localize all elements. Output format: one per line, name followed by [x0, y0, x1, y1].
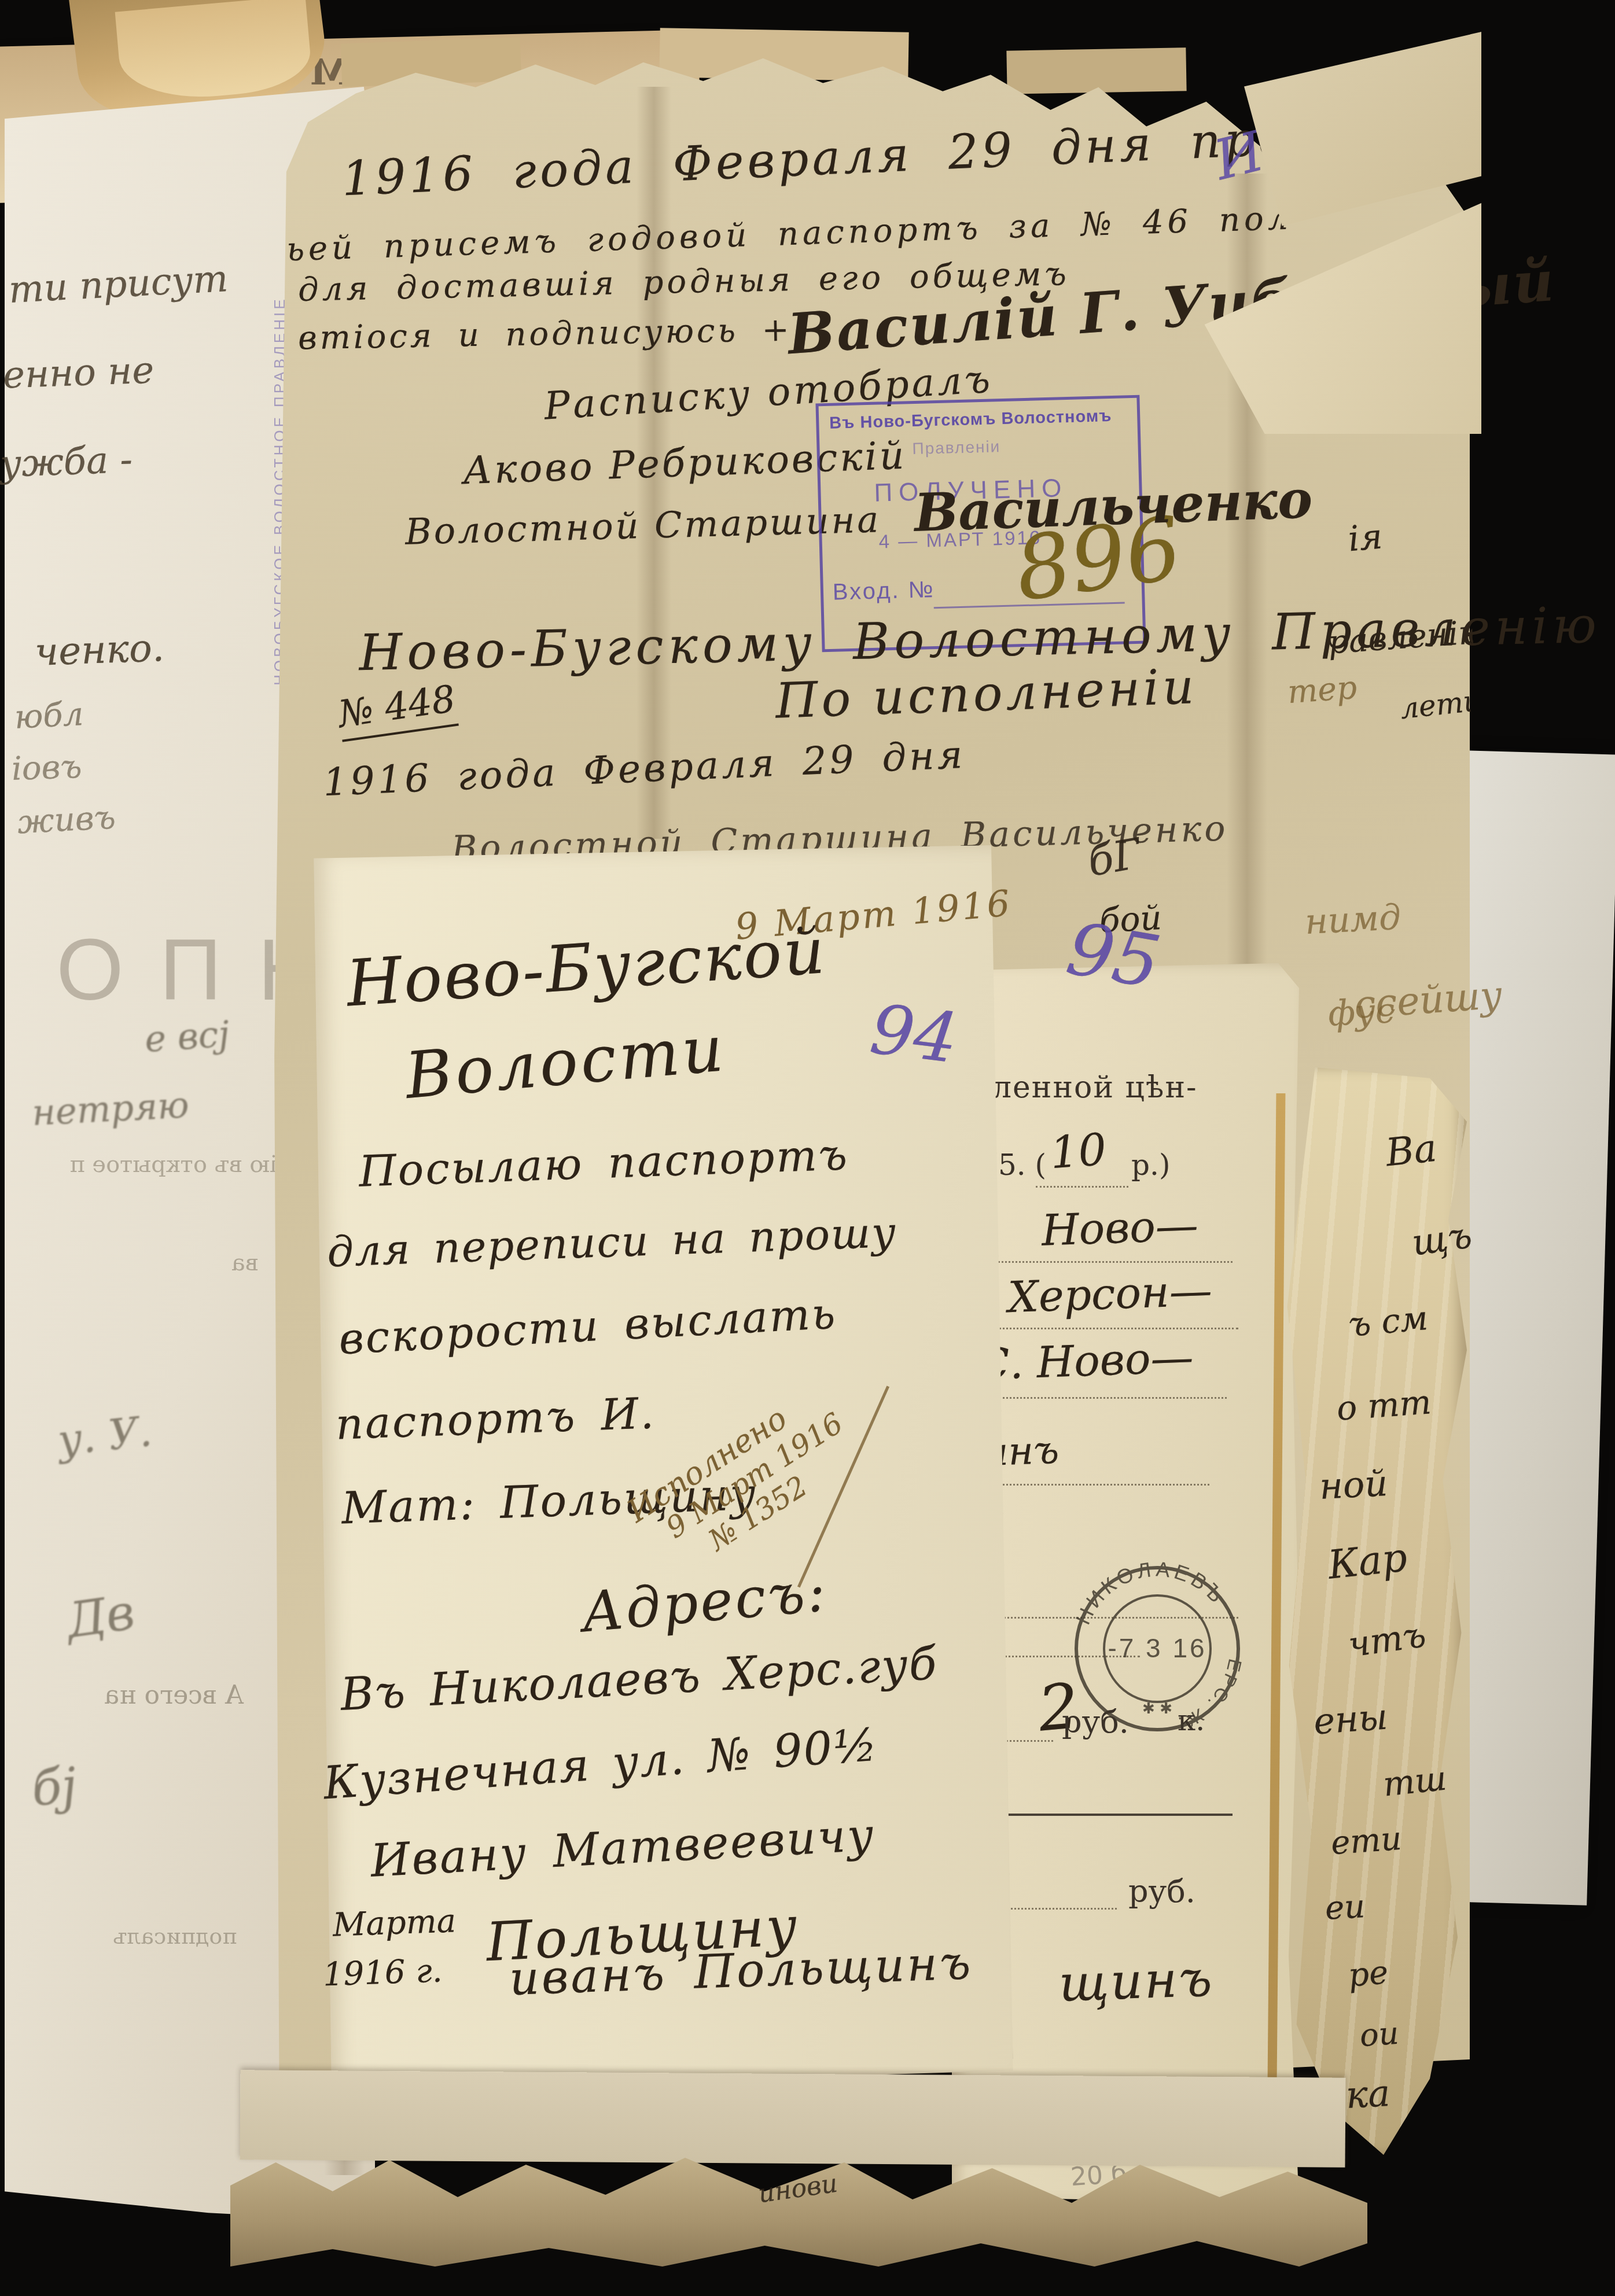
stamp-line: Вход. №	[832, 577, 935, 606]
stamp-line: Въ Ново-Бугскомъ Волостномъ	[829, 407, 1112, 433]
torn-bit	[1006, 47, 1186, 94]
form-printed-text: ленной цѣн-	[992, 1070, 1198, 1105]
overlay-foot-year: 1916 г.	[322, 1952, 443, 1993]
left-page-fragment: ченко.	[34, 625, 165, 675]
strip-fragment: тш	[1381, 1758, 1448, 1804]
doc-faded-fragment: нимд	[1304, 897, 1401, 943]
strip-fragment: ети	[1330, 1820, 1403, 1862]
left-page-fragment: юбл	[13, 695, 84, 736]
left-page-fragment: енно не	[2, 349, 155, 397]
form-handwritten-line: Ново—	[1041, 1200, 1200, 1255]
bleedthrough-line: ва	[231, 1250, 258, 1276]
archival-photo-scene: М.В.Д ти присут енно не ужба - ченко. юб…	[0, 0, 1615, 2296]
purple-number-95: 95	[1061, 906, 1167, 1005]
left-page-fragment: живъ	[16, 799, 116, 842]
bleedthrough-total-line: А всего на	[104, 1680, 244, 1710]
form-dotted-line	[1036, 1186, 1128, 1188]
left-page-fragment: ужба -	[0, 438, 133, 486]
form-rub2-label: руб.	[1128, 1873, 1195, 1910]
strip-fragment: Ва	[1384, 1126, 1439, 1175]
doc-faded-fragment: тер	[1286, 669, 1358, 710]
strip-fragment: ены	[1312, 1696, 1389, 1743]
strip-fragment: о тт	[1336, 1382, 1433, 1428]
bleedthrough-cursive: Дв	[63, 1583, 138, 1649]
bleedthrough-cursive: у. У.	[56, 1407, 154, 1465]
form-dotted-line	[978, 1397, 1227, 1399]
overlay-foot-month: Марта	[332, 1902, 457, 1944]
strip-fragment: ре	[1347, 1954, 1389, 1995]
bleedthrough-signed-line: подписалъ	[113, 1923, 237, 1949]
stamp-line: Правленіи	[912, 437, 1001, 458]
doc-fragment: бГ	[1084, 829, 1145, 886]
form-rule-line	[984, 1814, 1233, 1816]
signature-tail-on-form: щинъ	[1058, 1949, 1215, 2013]
purple-number-94: 94	[866, 989, 962, 1078]
bleedthrough-cursive: е всј	[144, 1012, 231, 1060]
strip-fragment: ной	[1318, 1462, 1389, 1508]
form-price-value: 10	[1049, 1123, 1108, 1179]
svg-text:-7 3 16: -7 3 16	[1108, 1633, 1206, 1663]
bleedthrough-cursive: нетряю	[31, 1083, 190, 1134]
strip-fragment: щъ	[1409, 1214, 1474, 1264]
bleedthrough-cursive: бј	[30, 1757, 79, 1817]
form-dotted-line	[978, 1484, 1209, 1486]
doc-edge-fragment: ія	[1347, 517, 1384, 560]
strip-fragment: ъ см	[1347, 1298, 1429, 1344]
svg-text:✱ ✱: ✱ ✱	[1142, 1700, 1172, 1718]
bottom-under-sheet	[240, 2070, 1345, 2167]
strip-fragment: еи	[1324, 1888, 1366, 1928]
left-page-fragment: іовъ	[11, 748, 83, 788]
strip-fragment: ои	[1359, 2015, 1400, 2054]
postmark-nikolaev: НИКОЛАЕВЪ ЕРС. Ж. -7 3 16 ✱ ✱	[1070, 1562, 1244, 1735]
form-price-close: р.)	[1131, 1148, 1170, 1182]
strip-fragment: Кар	[1326, 1535, 1409, 1589]
